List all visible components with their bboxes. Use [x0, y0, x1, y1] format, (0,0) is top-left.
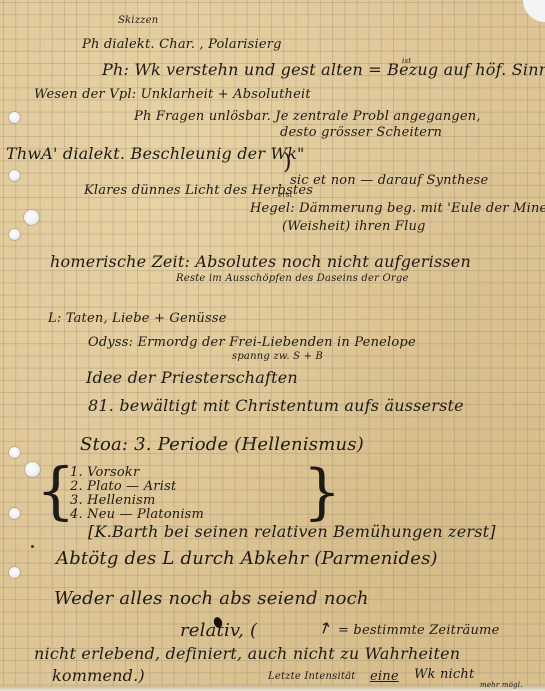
note-line: [K.Barth bei seinen relativen Bemühungen…	[88, 524, 496, 540]
note-line: Weder alles noch abs seiend noch	[54, 590, 369, 608]
note-line: Reste im Ausschöpfen des Daseins der Org…	[176, 274, 409, 284]
punch-hole	[9, 170, 20, 181]
note-line: spanng zw. S + B	[232, 352, 323, 362]
note-line: 81. bewältigt mit Christentum aufs äusse…	[88, 398, 464, 414]
note-line: Abtötg des L durch Abkehr (Parmenides)	[56, 550, 438, 568]
bracket-mark: )	[283, 152, 292, 174]
note-line: relativ, (	[180, 622, 257, 640]
note-line: Ph: Wk verstehn und gest alten = Bezug a…	[102, 62, 545, 78]
arrow-icon: ↗	[315, 616, 335, 639]
note-line: (Weisheit) ihren Flug	[282, 220, 426, 233]
note-line: = bestimmte Zeiträume	[338, 624, 499, 637]
note-superscript: erst	[278, 192, 293, 199]
punch-hole	[9, 447, 20, 458]
punch-hole	[9, 229, 20, 240]
handwritten-note-page: Skizzen Ph dialekt. Char. , Polarisierg …	[0, 0, 545, 691]
note-line: Wesen der Vpl: Unklarheit + Absolutheit	[34, 88, 311, 101]
note-line: L: Taten, Liebe + Genüsse	[48, 312, 227, 325]
torn-corner	[523, 0, 545, 22]
note-line: desto grösser Scheitern	[280, 126, 442, 139]
note-line: sic et non — darauf Synthese	[290, 174, 488, 187]
note-line: Hegel: Dämmerung beg. mit 'Eule der Mine…	[250, 202, 545, 215]
punch-hole	[9, 508, 20, 519]
punch-hole	[9, 567, 20, 578]
page-bottom-edge	[0, 686, 545, 691]
note-line: nicht erlebend, definiert, auch nicht zu…	[34, 646, 460, 662]
note-line: Wk nicht	[414, 668, 474, 681]
note-line: Idee der Priesterschaften	[86, 370, 298, 386]
list-item: 2. Plato — Arist	[70, 480, 176, 493]
note-subscript: mehr mögl.	[480, 682, 523, 689]
punch-hole	[24, 210, 39, 225]
note-line: ThwA' dialekt. Beschleunig der Wk"	[6, 146, 305, 162]
list-item: 1. Vorsokr	[70, 466, 139, 479]
note-line: homerische Zeit: Absolutes noch nicht au…	[50, 254, 471, 270]
note-heading: Skizzen	[118, 16, 158, 26]
punch-hole	[9, 112, 20, 123]
note-superscript: ist	[402, 58, 411, 65]
note-line: Stoa: 3. Periode (Hellenismus)	[80, 436, 364, 454]
list-item: 3. Hellenism	[70, 494, 156, 507]
list-item: 4. Neu — Platonism	[70, 508, 204, 521]
note-line: Ph Fragen unlösbar. Je zentrale Probl an…	[134, 110, 481, 123]
note-line: Odyss: Ermordg der Frei-Liebenden in Pen…	[88, 336, 416, 349]
note-underlined-word: eine	[370, 670, 399, 683]
right-curly-brace: }	[303, 462, 341, 522]
note-line: kommend.)	[52, 668, 145, 684]
note-line: Ph dialekt. Char. , Polarisierg	[82, 38, 282, 51]
note-line: Letzte Intensität	[268, 672, 355, 682]
ink-speck	[31, 545, 34, 548]
